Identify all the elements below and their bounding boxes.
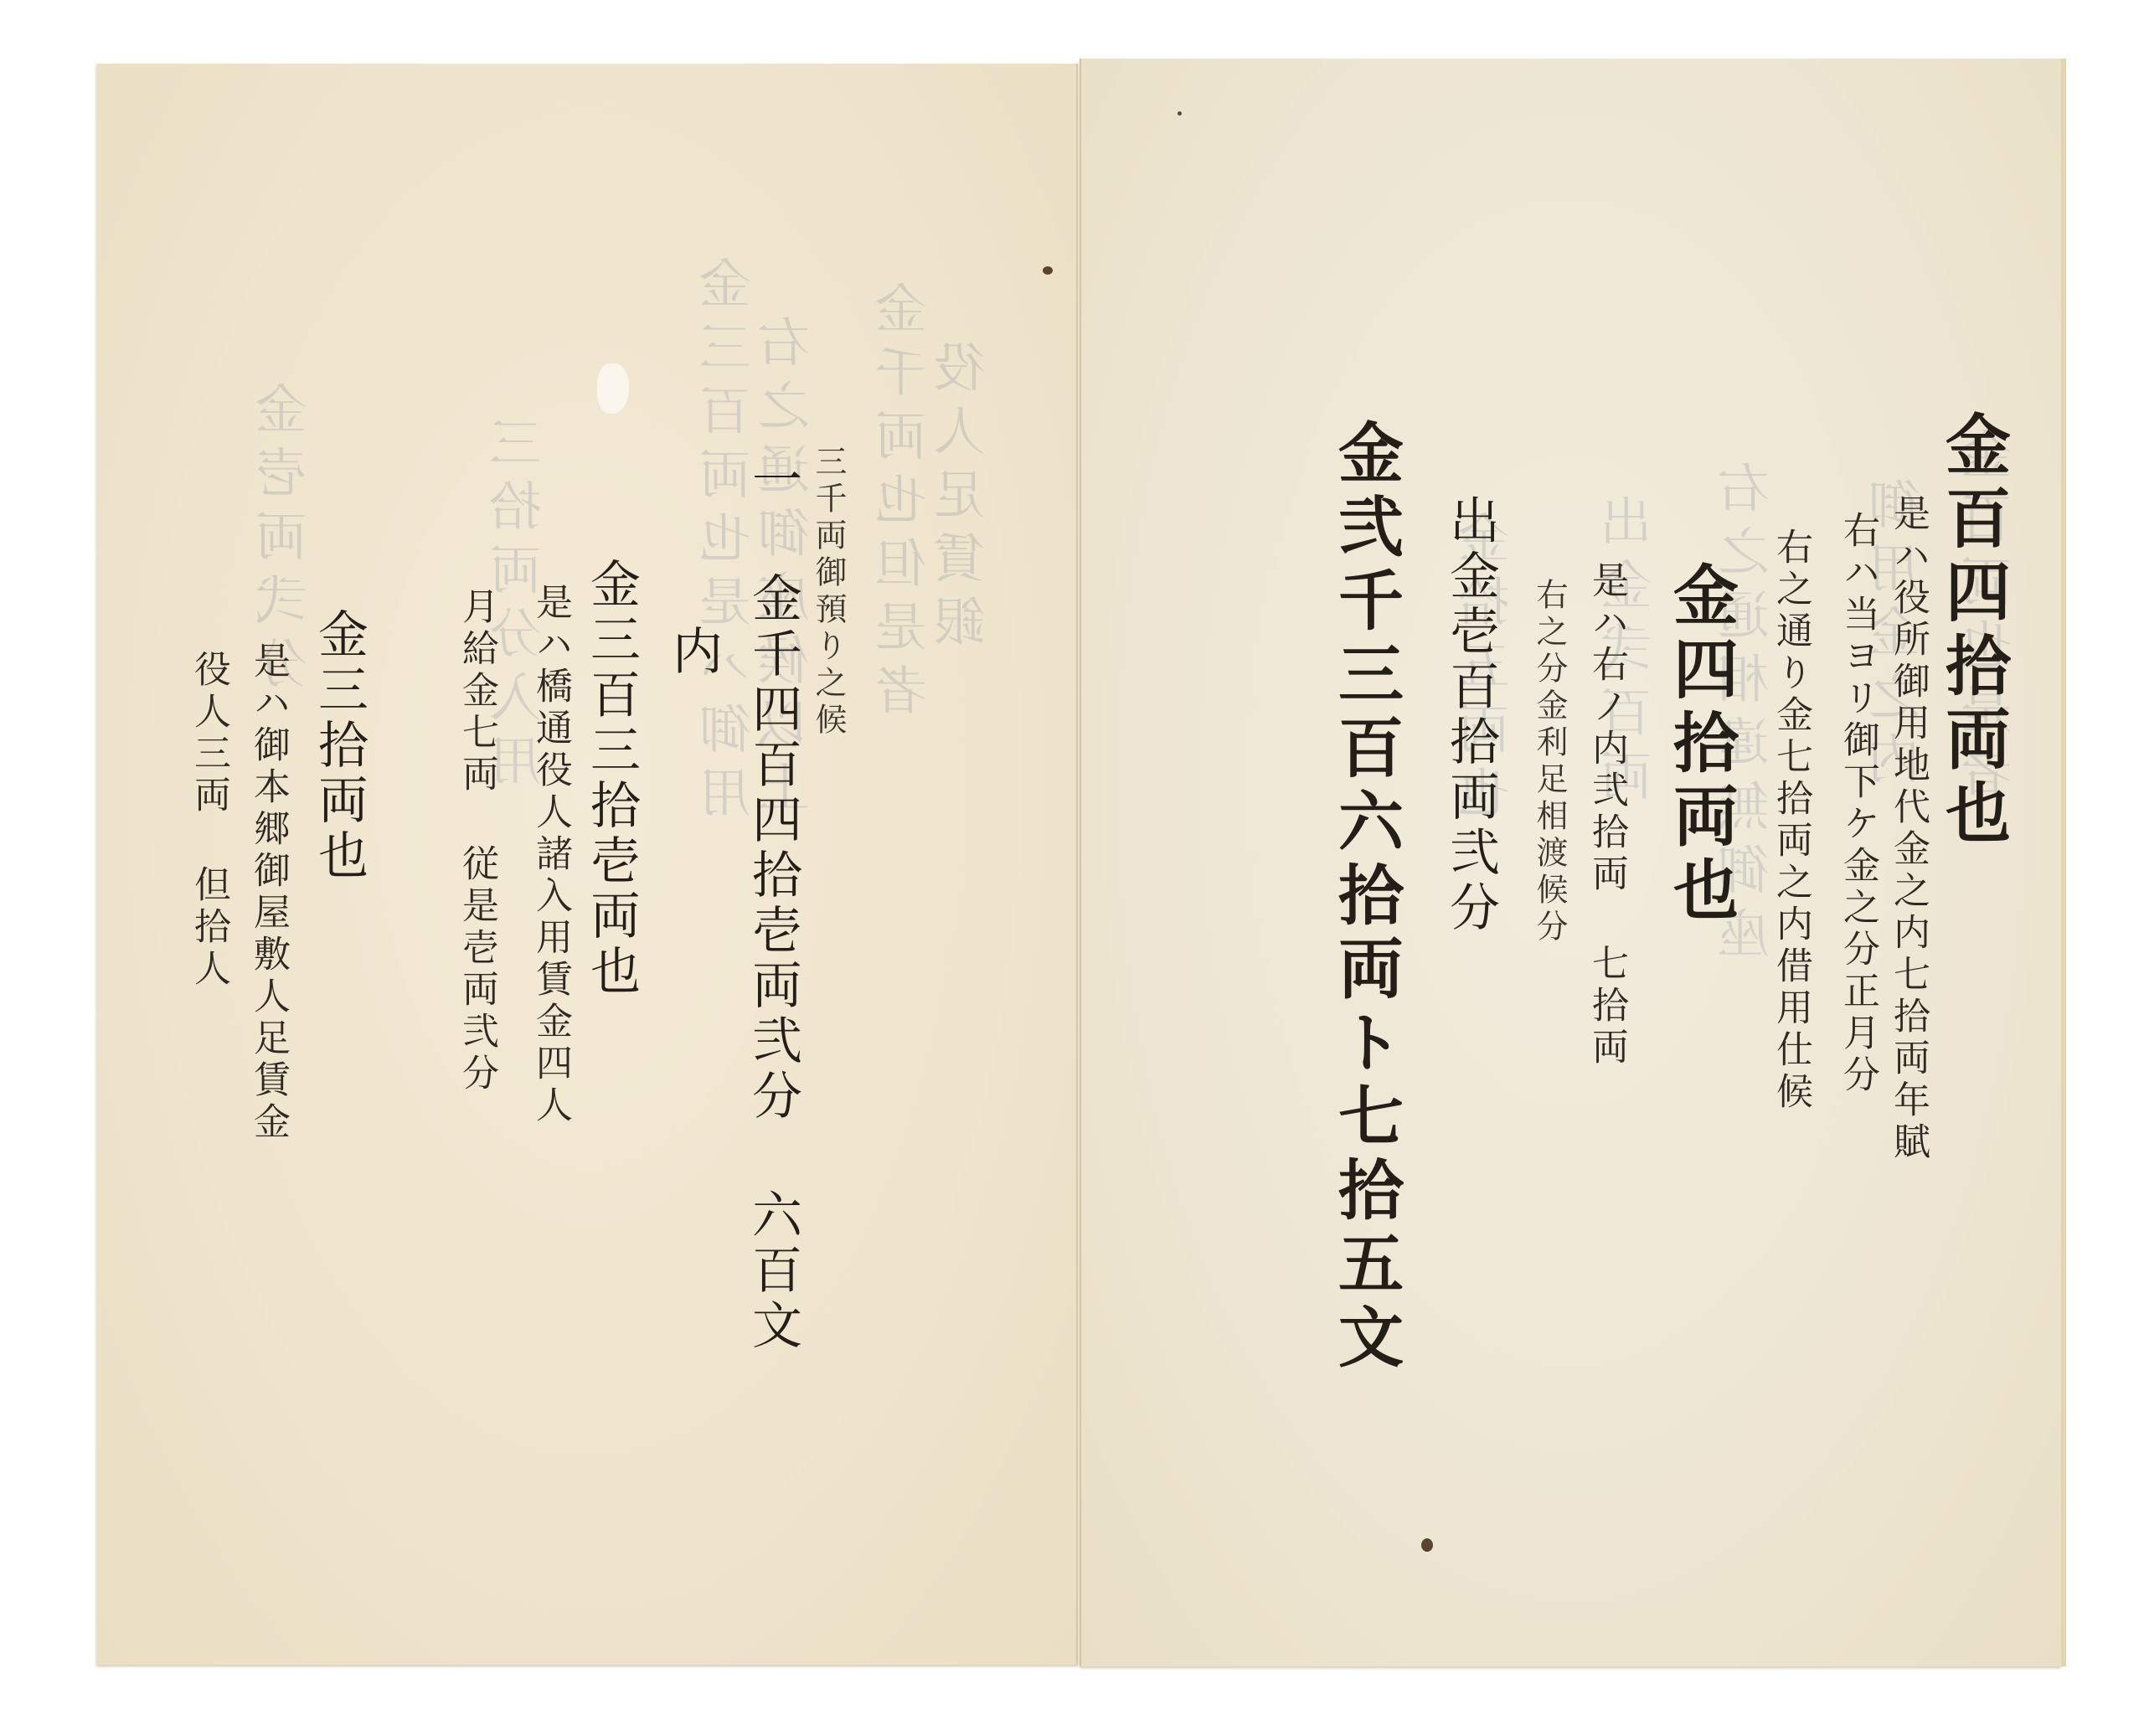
column-entry-amount: 出金壱百拾両弐分 [1446,494,1496,936]
column-annotation: 三千両御預り之候 [812,445,844,739]
column-entry-grand-total: 金弐千三百六拾両ト七拾五文 [1332,419,1398,1377]
right-page: 金百両也是者 御用金之内 右之通相違無御座 出金弐百両 金拾五両也 金百四拾両也… [1080,59,2061,1666]
left-page: 金三百両也是ハ御用 右之通御座候以上 金千両也但是者 役人足賃銀 三拾両分入用 … [96,64,1078,1665]
ink-speck [1178,111,1182,116]
column-entry-amount: 金三百三拾壱両也 [586,558,636,1000]
column-uchi-heading: 内 [668,625,719,680]
column-entry-note: 右之分金利足相渡候分 [1533,578,1565,946]
column-entry-amount: 金三拾両也 [314,608,364,884]
bleed-through-text: 役人足賃銀 [926,340,1001,658]
page-edge [2061,59,2066,1666]
ink-speck [1421,1538,1433,1552]
column-entry-note: 役人三両 但拾人 [190,650,227,991]
column-entry-note: 右ハ当ヨリ御下ケ金之分正月分 [1839,511,1876,1097]
column-entry-amount: 金四拾両也 [1667,561,1733,930]
column-entry-note: 是ハ御本郷御屋敷人足賃金 [250,641,286,1144]
column-entry-note: 是ハ右ノ内弐拾両 七拾両 [1588,561,1625,1069]
column-entry-note: 是ハ橋通役人諸入用賃金四人 [532,583,569,1127]
ink-speck [1043,266,1053,275]
column-entry-note: 月給金七両 従是壱両弐分 [458,587,495,1095]
column-entry-total: 一 金千四百四拾壱両弐分 六百文 [748,453,798,1354]
column-entry-note: 右之通り金七拾両之内借用仕候 [1772,528,1809,1114]
column-entry-amount: 金百四拾両也 [1940,410,2005,853]
paper-tear [597,363,629,414]
column-entry-note: 是ハ役所御用地代金之内七拾両年賦 [1889,494,1926,1164]
